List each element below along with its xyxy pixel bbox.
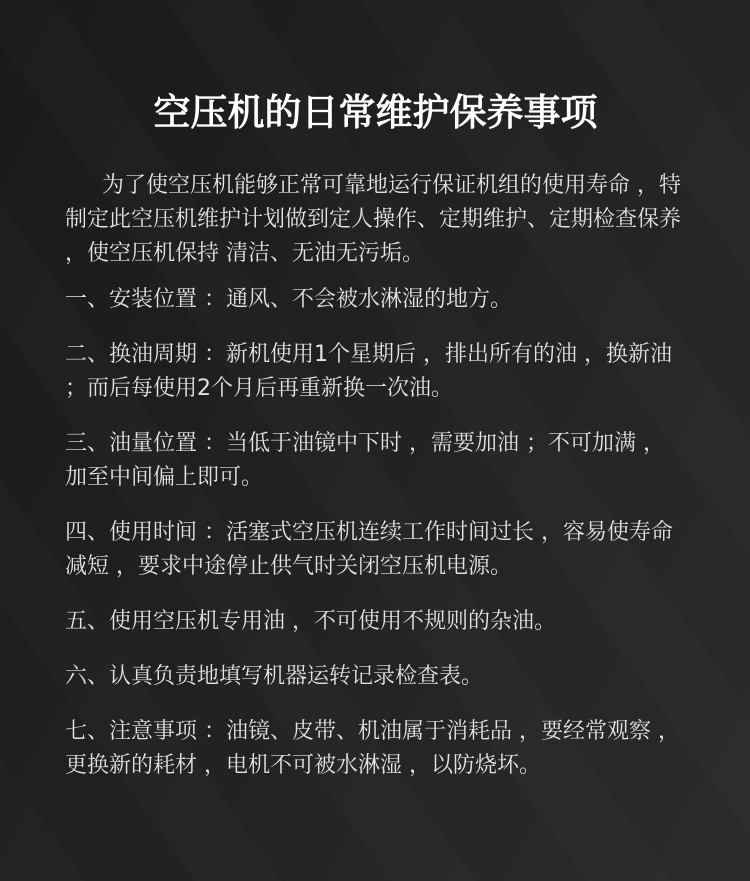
- list-item: 六、认真负责地填写机器运转记录检查表。: [65, 660, 686, 694]
- list-item: 五、使用空压机专用油 ，不可使用不规则的杂油。: [65, 605, 686, 639]
- list-item: 四、使用时间 ：活塞式空压机连续工作时间过长 ，容易使寿命减短 ，要求中途停止供…: [65, 516, 686, 584]
- maintenance-list: 一、安装位置 ：通风、不会被水淋湿的地方。 二、换油周期 ：新机使用1个星期后 …: [65, 283, 686, 783]
- maintenance-poster: 空压机的日常维护保养事项 为了使空压机能够正常可靠地运行保证机组的使用寿命 ，特…: [0, 0, 750, 881]
- list-item: 三、油量位置 ：当低于油镜中下时 ，需要加油 ；不可加满 ，加至中间偏上即可。: [65, 427, 686, 495]
- list-item: 七、注意事项 ：油镜、皮带、机油属于消耗品 ，要经常观察 ，更换新的耗材 ，电机…: [65, 715, 686, 783]
- list-item: 一、安装位置 ：通风、不会被水淋湿的地方。: [65, 283, 686, 317]
- list-item: 二、换油周期 ：新机使用1个星期后 ，排出所有的油 ，换新油 ；而后每使用2个月…: [65, 338, 686, 406]
- page-title: 空压机的日常维护保养事项: [65, 88, 686, 138]
- intro-paragraph: 为了使空压机能够正常可靠地运行保证机组的使用寿命 ，特制定此空压机维护计划做到定…: [65, 169, 686, 271]
